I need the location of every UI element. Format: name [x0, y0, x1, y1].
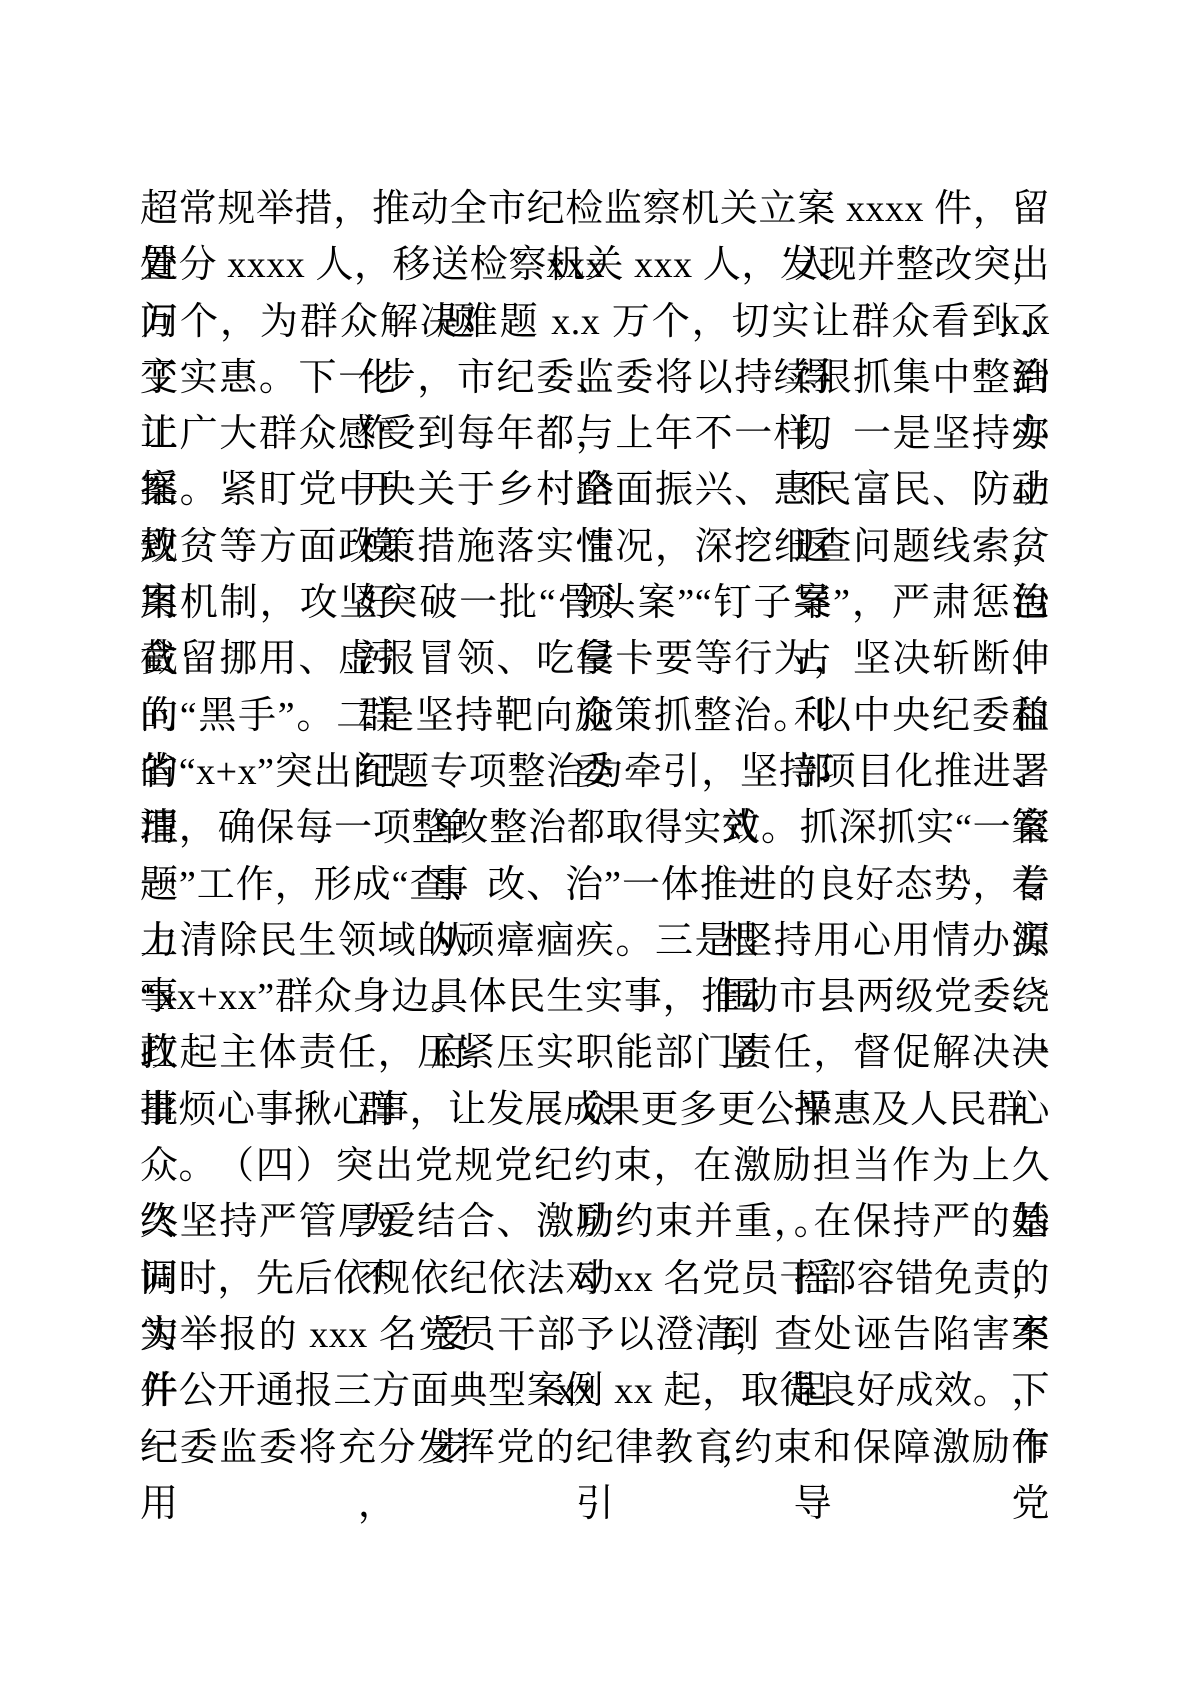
text-line: 致贫等方面政策措施落实情况，深挖细查问题线索，用好领导包	[140, 519, 1050, 575]
text-line: 同时，先后依规依纪依法对 xx 名党员干部容错免责，为受到不	[140, 1251, 1050, 1307]
text-line: 案机制，攻坚突破一批“骨头案”“钉子案”，严肃惩治贪污侵占、	[140, 575, 1050, 631]
text-line: 的“黑手”。二是坚持靶向施策抓整治。以中央纪委和省纪委部署	[140, 688, 1050, 744]
text-line: 处分 xxxx 人，移送检察机关 xxx 人，发现并整改突出问题 x.x	[140, 237, 1050, 293]
text-line: 终坚持严管厚爱结合、激励约束并重，在保持严的基调不动摇的	[140, 1194, 1050, 1250]
text-line: 截留挪用、虚报冒领、吃拿卡要等行为，坚决斩断伸向群众利益	[140, 631, 1050, 687]
text-line: 上清除民生领域的顽瘴痼疾。三是坚持用心用情办实事。围绕	[140, 913, 1050, 969]
document-body: 超常规举措，推动全市纪检监察机关立案 xxxx 件，留置 xxx 人，处分 xx…	[140, 181, 1050, 1476]
text-line: 了实惠。下一步，市纪委监委将以持续狠抓集中整治工作，切实	[140, 350, 1050, 406]
text-line: 题”工作，形成“查、改、治”一体推进的良好态势，着力从根源	[140, 857, 1050, 913]
text-line: 并公开通报三方面典型案例 xx 起，取得良好成效。下一步，市	[140, 1363, 1050, 1419]
text-line: 超常规举措，推动全市纪检监察机关立案 xxxx 件，留置 xxx 人，	[140, 181, 1050, 237]
text-line: 纪委监委将充分发挥党的纪律教育约束和保障激励作用，引导党	[140, 1420, 1050, 1476]
text-line: （四）突出党规党纪约束，在激励担当作为上久久为功。始	[140, 1138, 1050, 1194]
text-line: 让广大群众感受到每年都与上年不一样。一是坚持办案开路不动	[140, 406, 1050, 462]
text-line: 扛起主体责任，压紧压实职能部门责任，督促解决一批群众操心	[140, 1025, 1050, 1081]
text-line: 实举报的 xxx 名党员干部予以澄清，查处诬告陷害案件 xx 起，	[140, 1307, 1050, 1363]
text-line: 事烦心事揪心事，让发展成果更多更公平惠及人民群众。	[140, 1082, 1050, 1138]
text-line: 的“x+x”突出问题专项整治为牵引，坚持项目化推进、清单式管	[140, 744, 1050, 800]
text-line: “xx+xx”群众身边具体民生实事，推动市县两级党委、政府坚决	[140, 969, 1050, 1025]
text-line: 摇。紧盯党中央关于乡村全面振兴、惠民富民、防止规模性返贫	[140, 462, 1050, 518]
document-page: 超常规举措，推动全市纪检监察机关立案 xxxx 件，留置 xxx 人，处分 xx…	[0, 0, 1190, 1683]
text-line: 理，确保每一项整改整治都取得实效。抓深抓实“一案一事一专	[140, 800, 1050, 856]
text-line: 万个，为群众解决难题 x.x 万个，切实让群众看到了变化、得到	[140, 294, 1050, 350]
